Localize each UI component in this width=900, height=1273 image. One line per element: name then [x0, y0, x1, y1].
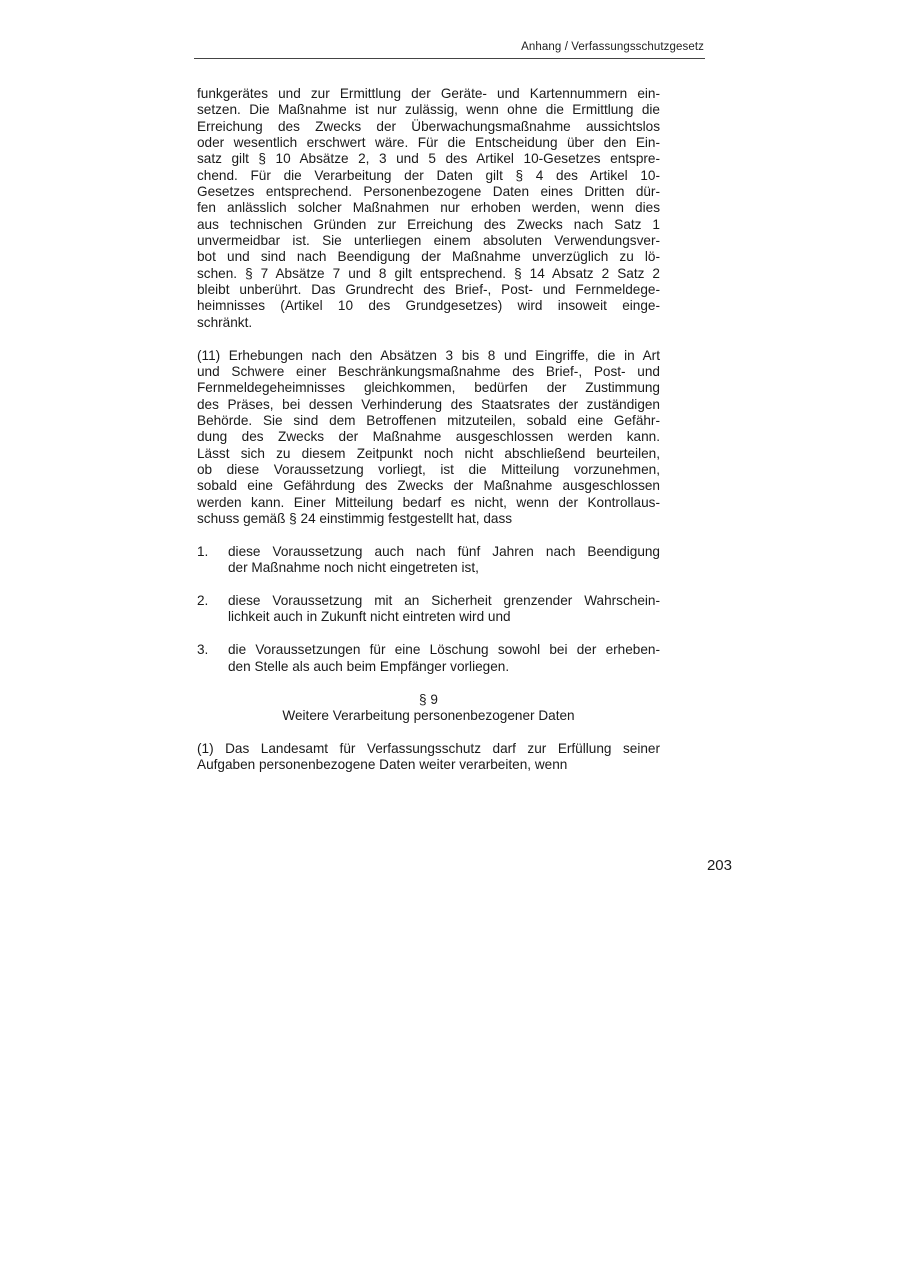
text-line: aus technischen Gründen zur Erreichung d… — [197, 217, 660, 233]
text-line: des Präses, bei dessen Verhinderung des … — [197, 397, 660, 413]
text-line: werden kann. Einer Mitteilung bedarf es … — [197, 495, 660, 511]
paragraph-gap — [197, 527, 660, 544]
running-header: Anhang / Verfassungsschutzgesetz — [194, 41, 704, 53]
section-number: § 9 — [197, 692, 660, 708]
text-line: der Maßnahme noch nicht eingetreten ist, — [228, 560, 660, 576]
text-line: heimnisses (Artikel 10 des Grundgesetzes… — [197, 298, 660, 314]
paragraph-gap — [197, 675, 660, 692]
text-line: satz gilt § 10 Absätze 2, 3 und 5 des Ar… — [197, 151, 660, 167]
section-9-paragraph-1: (1) Das Landesamt für Verfassungsschutz … — [197, 741, 660, 774]
text-line: oder wesentlich erschwert wäre. Für die … — [197, 135, 660, 151]
text-line: bleibt unberührt. Das Grundrecht des Bri… — [197, 282, 660, 298]
paragraph-gap — [197, 577, 660, 594]
section-9-heading: § 9 Weitere Verarbeitung personenbezogen… — [197, 692, 660, 725]
text-line: setzen. Die Maßnahme ist nur zulässig, w… — [197, 102, 660, 118]
list-number: 2. — [197, 593, 208, 609]
text-line: dung des Zwecks der Maßnahme ausgeschlos… — [197, 429, 660, 445]
text-line: diese Voraussetzung auch nach fünf Jahre… — [228, 544, 660, 560]
text-line: ob diese Voraussetzung vorliegt, ist die… — [197, 462, 660, 478]
text-line: den Stelle als auch beim Empfänger vorli… — [228, 659, 660, 675]
section-title: Weitere Verarbeitung personenbezogener D… — [197, 708, 660, 724]
text-line: (1) Das Landesamt für Verfassungsschutz … — [197, 741, 660, 757]
page-body: funkgerätes und zur Ermittlung der Gerät… — [197, 86, 660, 773]
text-line: Behörde. Sie sind dem Betroffenen mitzut… — [197, 413, 660, 429]
text-line: die Voraussetzungen für eine Löschung so… — [228, 642, 660, 658]
text-line: und Schwere einer Beschränkungsmaßnahme … — [197, 364, 660, 380]
text-line: sobald eine Gefährdung des Zwecks der Ma… — [197, 478, 660, 494]
paragraph-11: (11) Erhebungen nach den Absätzen 3 bis … — [197, 348, 660, 528]
paragraph-continuation: funkgerätes und zur Ermittlung der Gerät… — [197, 86, 660, 331]
list-item-1: 1. diese Voraussetzung auch nach fünf Ja… — [197, 544, 660, 577]
text-line: Erreichung des Zwecks der Überwachungsma… — [197, 119, 660, 135]
text-line: bot und sind nach Beendigung der Maßnahm… — [197, 249, 660, 265]
text-line: fen anlässlich solcher Maßnahmen nur erh… — [197, 200, 660, 216]
paragraph-gap — [197, 626, 660, 643]
text-line: chend. Für die Verarbeitung der Daten gi… — [197, 168, 660, 184]
text-line: funkgerätes und zur Ermittlung der Gerät… — [197, 86, 660, 102]
list-number: 1. — [197, 544, 208, 560]
text-line: (11) Erhebungen nach den Absätzen 3 bis … — [197, 348, 660, 364]
text-line: Fernmeldegeheimnisses gleichkommen, bedü… — [197, 380, 660, 396]
page-number: 203 — [690, 857, 732, 874]
text-line: Lässt sich zu diesem Zeitpunkt noch nich… — [197, 446, 660, 462]
text-line: diese Voraussetzung mit an Sicherheit gr… — [228, 593, 660, 609]
list-item-3: 3. die Voraussetzungen für eine Löschung… — [197, 642, 660, 675]
header-rule — [194, 58, 705, 59]
text-line: Gesetzes entsprechend. Personenbezogene … — [197, 184, 660, 200]
list-number: 3. — [197, 642, 208, 658]
paragraph-gap — [197, 331, 660, 348]
text-line: lichkeit auch in Zukunft nicht eintreten… — [228, 609, 660, 625]
text-line: schuss gemäß § 24 einstimmig festgestell… — [197, 511, 660, 527]
text-line: Aufgaben personenbezogene Daten weiter v… — [197, 757, 660, 773]
text-line: schränkt. — [197, 315, 660, 331]
list-item-2: 2. diese Voraussetzung mit an Sicherheit… — [197, 593, 660, 626]
text-line: unvermeidbar ist. Sie unterliegen einem … — [197, 233, 660, 249]
paragraph-gap — [197, 724, 660, 741]
text-line: schen. § 7 Absätze 7 und 8 gilt entsprec… — [197, 266, 660, 282]
